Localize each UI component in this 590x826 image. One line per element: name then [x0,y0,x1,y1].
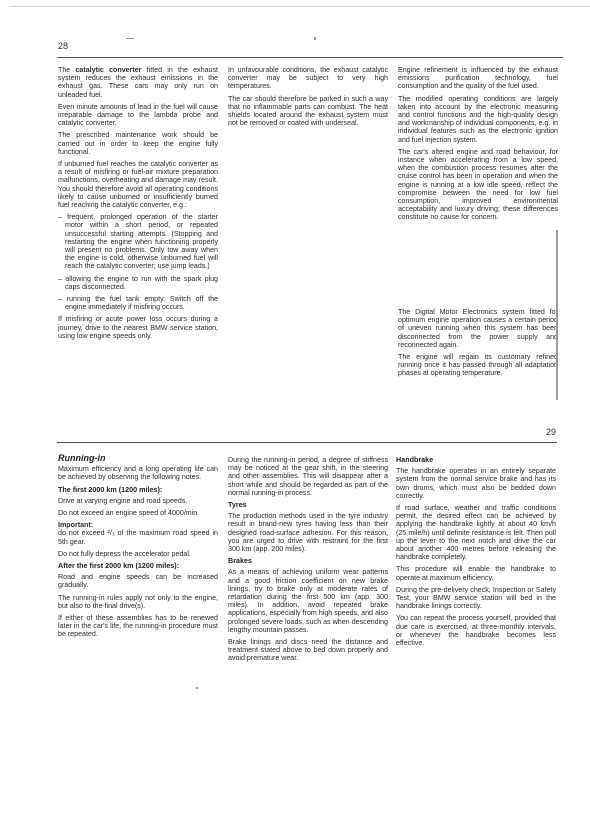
paragraph: If unburned fuel reaches the catalytic c… [58,160,218,209]
paragraph: Maximum efficiency and a long operating … [58,465,218,481]
paragraph: Brake linings and discs need the distanc… [228,638,388,663]
paragraph: Engine refinement is influenced by the e… [398,66,558,91]
paragraph: In unfavourable conditions, the exhaust … [228,66,388,91]
column-3: Engine refinement is influenced by the e… [398,66,558,226]
column-3: Handbrake The handbrake operates in an e… [396,456,556,651]
subheading-handbrake: Handbrake [396,456,556,464]
column-2: In unfavourable conditions, the exhaust … [228,66,388,131]
page-number: 28 [58,41,68,51]
paragraph: As a means of achieving uniform wear pat… [228,568,388,634]
header-rule [57,442,557,443]
column-1: The catalytic converter fitted in the ex… [58,66,218,344]
term-catalytic-converter: catalytic converter [75,66,141,74]
header-rule [57,57,563,58]
paragraph: You can repeat the process yourself, pro… [396,614,556,647]
page-29: 29 Running-in Maximum efficiency and a l… [0,410,590,826]
column-1: Running-in Maximum efficiency and a long… [58,454,218,643]
paragraph: If either of these assemblies has to be … [58,614,218,639]
column-2: During the running-in period, a degree o… [228,456,388,667]
paragraph: During the pre-delivery check, Inspectio… [396,586,556,611]
page-28: 28 The catalytic converter fitted in the… [0,0,590,410]
scan-margin-shadow [556,230,558,400]
paragraph: Drive at varying engine and road speeds. [58,497,218,505]
paragraph: The catalytic converter fitted in the ex… [58,66,218,99]
subheading: The first 2000 km (1200 miles): [58,486,218,494]
list-item: – frequent, prolonged operation of the s… [58,213,218,270]
page-number: 29 [546,427,556,437]
column-3-lower: The Digital Motor Electronics system fit… [398,308,558,382]
scan-speck [314,37,316,40]
paragraph: Even minute amounts of lead in the fuel … [58,103,218,128]
paragraph: The production methods used in the tyre … [228,512,388,553]
paragraph: If misfiring or acute power loss occurs … [58,315,218,340]
paragraph: Do not exceed an engine speed of 4000/mi… [58,509,218,517]
paragraph: The engine will regain its customary ref… [398,353,558,378]
subheading-tyres: Tyres [228,501,388,509]
paragraph: During the running-in period, a degree o… [228,456,388,497]
scan-speck [196,687,198,689]
paragraph: The car should therefore be parked in su… [228,95,388,128]
important-note: Important:do not exceed ²/₃ of the maxim… [58,521,218,546]
scan-speck [126,38,134,39]
subheading-brakes: Brakes [228,557,388,565]
paragraph: The prescribed maintenance work should b… [58,131,218,156]
paragraph: The running-in rules apply not only to t… [58,594,218,610]
list-item: – allowing the engine to run with the sp… [58,275,218,291]
paragraph: The handbrake operates in an entirely se… [396,467,556,500]
paragraph: The Digital Motor Electronics system fit… [398,308,558,349]
paragraph: If road surface, weather and traffic con… [396,504,556,561]
paragraph: This procedure will enable the handbrake… [396,565,556,581]
section-title-running-in: Running-in [58,454,218,462]
paragraph: Do not fully depress the accelerator ped… [58,550,218,558]
paragraph: The modified operating conditions are la… [398,95,558,144]
paragraph: The car's altered engine and road behavi… [398,148,558,222]
subheading: After the first 2000 km (1200 miles): [58,562,218,570]
list-item: – running the fuel tank empty. Switch of… [58,295,218,311]
paragraph: Road and engine speeds can be increased … [58,573,218,589]
